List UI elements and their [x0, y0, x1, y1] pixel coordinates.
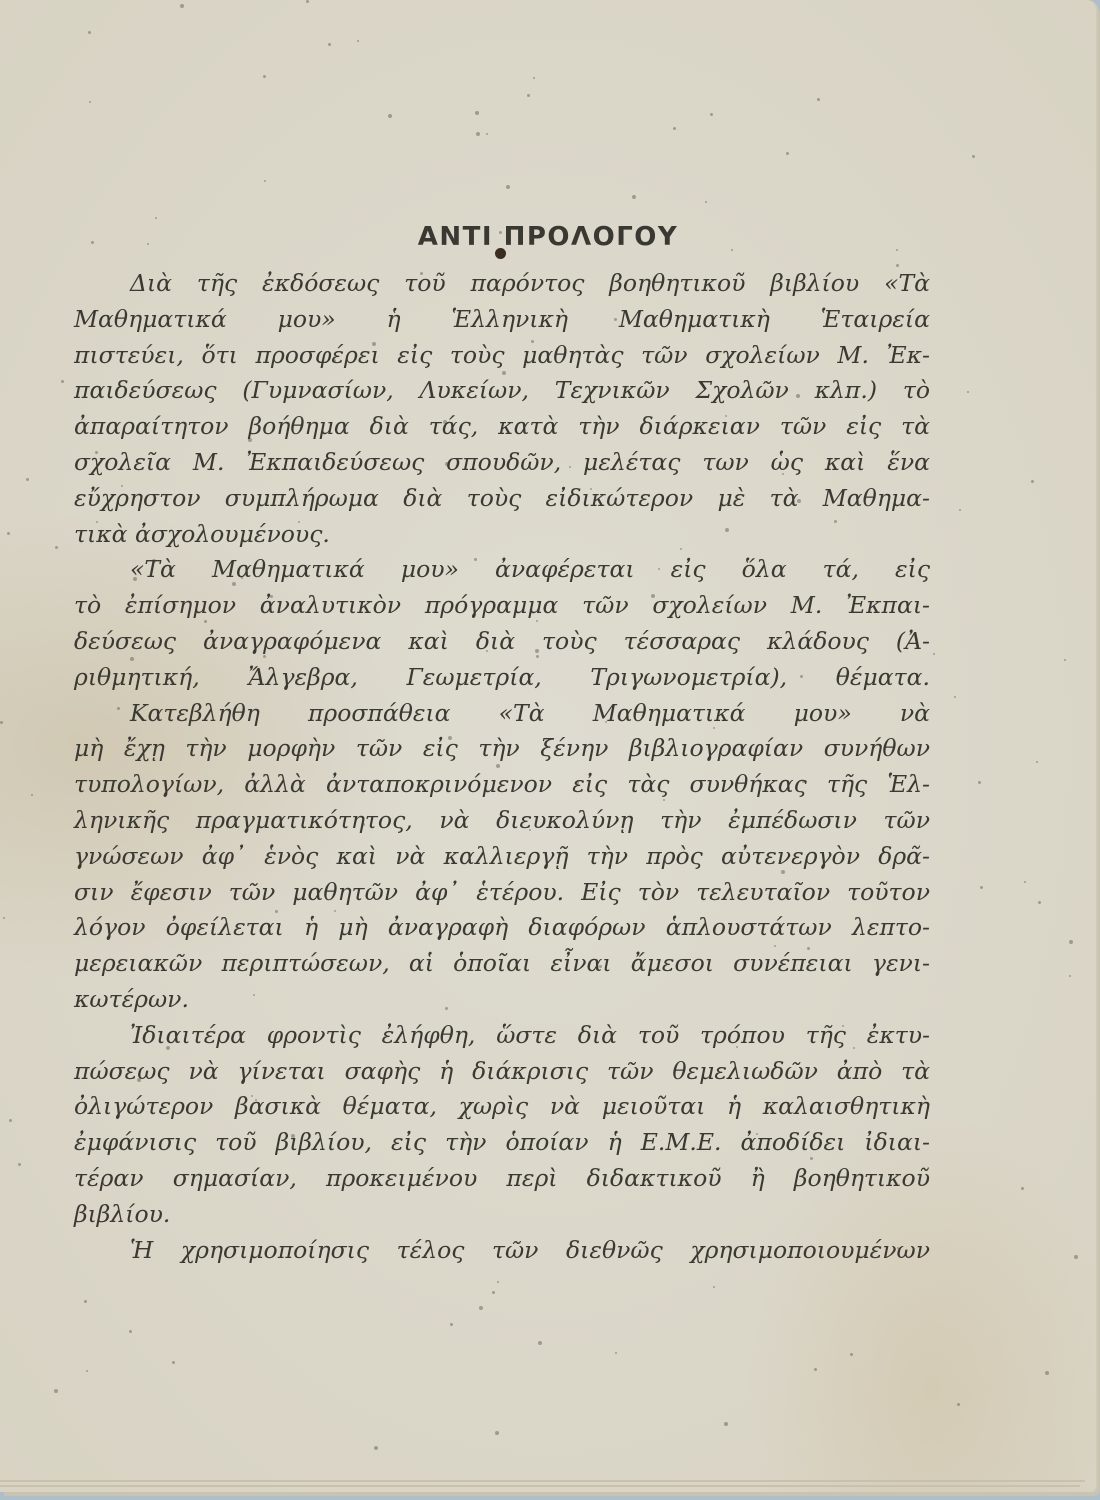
- paper-speck: [1038, 901, 1041, 904]
- text-line: ριθμητική, Ἄλγεβρα, Γεωμετρία, Τριγωνομε…: [74, 660, 930, 696]
- text-line: τυπολογίων, ἀλλὰ ἀνταποκρινόμενον εἰς τὰ…: [74, 767, 930, 803]
- paper-speck: [533, 77, 535, 79]
- paper-speck: [713, 1286, 715, 1288]
- paper-speck: [972, 155, 975, 158]
- text-line: Διὰ τῆς ἐκδόσεως τοῦ παρόντος βοηθητικοῦ…: [74, 266, 930, 302]
- paper-speck: [1069, 975, 1071, 977]
- paper-speck: [673, 127, 676, 130]
- paper-speck: [1024, 881, 1026, 883]
- paper-speck: [172, 1361, 175, 1364]
- body-text: Διὰ τῆς ἐκδόσεως τοῦ παρόντος βοηθητικοῦ…: [74, 266, 930, 1268]
- paper-speck: [538, 1341, 542, 1345]
- page-edge: [0, 1480, 1085, 1482]
- text-line: βιβλίου.: [74, 1197, 930, 1233]
- paper-speck: [497, 1281, 499, 1283]
- paper-speck: [1021, 1187, 1024, 1190]
- paper-speck: [129, 1330, 132, 1333]
- text-line: Μαθηματικά μου» ἡ Ἑλληνικὴ Μαθηματικὴ Ἑτ…: [74, 302, 930, 338]
- text-line: ὀλιγώτερον βασικὰ θέματα, χωρὶς νὰ μειοῦ…: [74, 1089, 930, 1125]
- paper-speck: [1074, 1255, 1078, 1259]
- paper-speck: [31, 794, 33, 796]
- paper-speck: [61, 380, 64, 383]
- paper-speck: [86, 1370, 88, 1372]
- paper-speck: [506, 185, 510, 189]
- paper-speck: [7, 532, 10, 535]
- text-line: ληνικῆς πραγματικότητος, νὰ διευκολύνῃ τ…: [74, 803, 930, 839]
- paper-speck: [1031, 480, 1034, 483]
- paper-speck: [978, 781, 981, 784]
- paper-speck: [263, 75, 266, 78]
- paper-speck: [492, 1291, 495, 1294]
- paper-speck: [180, 4, 184, 8]
- paper-speck: [486, 133, 488, 135]
- paper-speck: [850, 1353, 853, 1356]
- paragraph-5: Ἡ χρησιμοποίησις τέλος τῶν διεθνῶς χρησι…: [74, 1233, 930, 1269]
- text-line: ἀπαραίτητον βοήθημα διὰ τάς, κατὰ τὴν δι…: [74, 409, 930, 445]
- paragraph-1: Διὰ τῆς ἐκδόσεως τοῦ παρόντος βοηθητικοῦ…: [74, 266, 930, 552]
- paper-speck: [88, 31, 91, 34]
- paper-speck: [54, 1389, 58, 1393]
- text-line: πιστεύει, ὅτι προσφέρει εἰς τοὺς μαθητὰς…: [74, 338, 930, 374]
- paper-speck: [1036, 761, 1038, 763]
- paper-speck: [3, 917, 5, 919]
- paper-speck: [475, 111, 479, 115]
- paper-speck: [357, 40, 359, 42]
- text-line: λόγον ὀφείλεται ἡ μὴ ἀναγραφὴ διαφόρων ἁ…: [74, 910, 930, 946]
- text-line: παιδεύσεως (Γυμνασίων, Λυκείων, Τεχνικῶν…: [74, 373, 930, 409]
- paper-speck: [814, 1368, 817, 1371]
- text-line: κωτέρων.: [74, 982, 930, 1018]
- text-line: μὴ ἔχῃ τὴν μορφὴν τῶν εἰς τὴν ξένην βιβλ…: [74, 731, 930, 767]
- text-line: ἐμφάνισις τοῦ βιβλίου, εἰς τὴν ὁποίαν ἡ …: [74, 1125, 930, 1161]
- paper-speck: [374, 1446, 378, 1450]
- paper-speck: [18, 1163, 21, 1166]
- paragraph-2: «Τὰ Μαθηματικά μου» ἀναφέρεται εἰς ὅλα τ…: [74, 552, 930, 695]
- paper-speck: [1045, 1371, 1049, 1375]
- paper-speck: [0, 721, 3, 724]
- paper-speck: [724, 1422, 728, 1426]
- text-line: μερειακῶν περιπτώσεων, αἱ ὁποῖαι εἶναι ἄ…: [74, 946, 930, 982]
- text-line: γνώσεων ἀφ᾽ ἑνὸς καὶ νὰ καλλιεργῇ τὴν πρ…: [74, 839, 930, 875]
- paper-speck: [84, 1300, 87, 1303]
- paper-speck: [55, 546, 58, 549]
- ornament-dot-icon: [495, 248, 506, 259]
- book-page: ΑΝΤΙ ΠΡΟΛΟΓΟΥ Διὰ τῆς ἐκδόσεως τοῦ παρόν…: [0, 0, 1096, 1492]
- paper-speck: [705, 201, 707, 203]
- paper-speck: [264, 180, 266, 182]
- text-line: Ἰδιαιτέρα φροντὶς ἐλήφθη, ὥστε διὰ τοῦ τ…: [74, 1018, 930, 1054]
- paper-speck: [9, 1119, 12, 1122]
- paper-speck: [306, 0, 309, 3]
- paper-speck: [967, 391, 969, 393]
- paragraph-3: Κατεβλήθη προσπάθεια «Τὰ Μαθηματικά μου»…: [74, 696, 930, 1018]
- paper-speck: [388, 114, 392, 118]
- paper-speck: [710, 113, 713, 116]
- text-line: δεύσεως ἀναγραφόμενα καὶ διὰ τοὺς τέσσαρ…: [74, 624, 930, 660]
- page-title: ΑΝΤΙ ΠΡΟΛΟΓΟΥ: [0, 222, 1100, 252]
- paper-speck: [1064, 659, 1066, 661]
- paper-speck: [632, 195, 636, 199]
- paper-speck: [155, 217, 157, 219]
- paper-speck: [954, 696, 956, 698]
- text-line: Ἡ χρησιμοποίησις τέλος τῶν διεθνῶς χρησι…: [74, 1233, 930, 1269]
- paper-speck: [476, 132, 480, 136]
- paper-speck: [933, 653, 935, 655]
- paper-speck: [26, 478, 29, 481]
- paper-speck: [959, 509, 961, 511]
- text-line: τικὰ ἀσχολουμένους.: [74, 517, 930, 553]
- paper-speck: [450, 1323, 453, 1326]
- paper-speck: [495, 1431, 499, 1435]
- paper-speck: [89, 101, 91, 103]
- text-line: τὸ ἐπίσημον ἀναλυτικὸν πρόγραμμα τῶν σχο…: [74, 588, 930, 624]
- paragraph-4: Ἰδιαιτέρα φροντὶς ἐλήφθη, ὥστε διὰ τοῦ τ…: [74, 1018, 930, 1233]
- text-line: Κατεβλήθη προσπάθεια «Τὰ Μαθηματικά μου»…: [74, 696, 930, 732]
- paper-speck: [786, 152, 789, 155]
- page-edge: [0, 1485, 1080, 1487]
- text-line: τέραν σημασίαν, προκειμένου περὶ διδακτι…: [74, 1161, 930, 1197]
- text-line: πώσεως νὰ γίνεται σαφὴς ἡ διάκρισις τῶν …: [74, 1054, 930, 1090]
- text-line: σχολεῖα Μ. Ἐκπαιδεύσεως σπουδῶν, μελέτας…: [74, 445, 930, 481]
- paper-speck: [527, 94, 530, 97]
- paper-speck: [817, 98, 820, 101]
- paper-speck: [615, 1352, 617, 1354]
- text-line: σιν ἔφεσιν τῶν μαθητῶν ἀφ᾽ ἑτέρου. Εἰς τ…: [74, 875, 930, 911]
- paper-speck: [479, 1306, 483, 1310]
- text-line: εὔχρηστον συμπλήρωμα διὰ τοὺς εἰδικώτερο…: [74, 481, 930, 517]
- paper-speck: [957, 1403, 960, 1406]
- text-line: «Τὰ Μαθηματικά μου» ἀναφέρεται εἰς ὅλα τ…: [74, 552, 930, 588]
- paper-speck: [1069, 940, 1073, 944]
- paper-speck: [328, 43, 331, 46]
- paper-speck: [980, 886, 983, 889]
